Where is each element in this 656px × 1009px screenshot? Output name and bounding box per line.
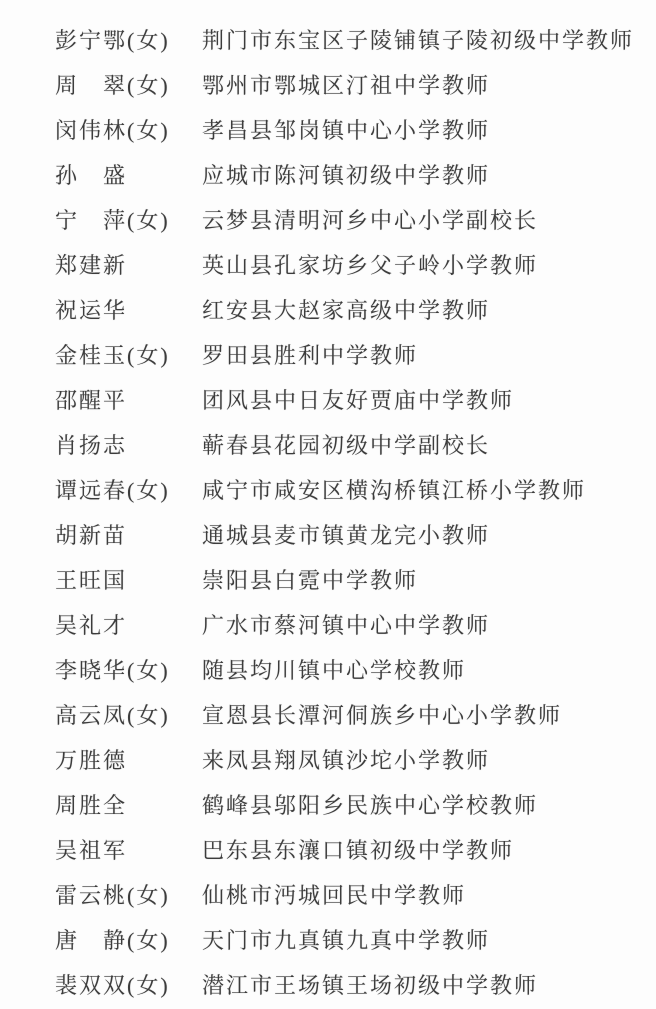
- teacher-row: 肖扬志 蕲春县花园初级中学副校长: [55, 422, 656, 467]
- teacher-position: 崇阳县白霓中学教师: [202, 564, 656, 595]
- teacher-name: 宁 萍(女): [55, 204, 202, 235]
- teacher-position: 蕲春县花园初级中学副校长: [202, 429, 656, 460]
- teacher-row: 祝运华 红安县大赵家高级中学教师: [55, 287, 656, 332]
- teacher-name: 谭远春(女): [55, 474, 202, 505]
- teacher-position: 广水市蔡河镇中心中学教师: [202, 609, 656, 640]
- teacher-row: 李晓华(女) 随县均川镇中心学校教师: [55, 647, 656, 692]
- teacher-position: 云梦县清明河乡中心小学副校长: [202, 204, 656, 235]
- teacher-position: 罗田县胜利中学教师: [202, 339, 656, 370]
- teacher-name: 祝运华: [55, 294, 202, 325]
- teacher-row: 万胜德 来凤县翔凤镇沙坨小学教师: [55, 737, 656, 782]
- teacher-row: 闵伟林(女) 孝昌县邹岗镇中心小学教师: [55, 107, 656, 152]
- teacher-name: 肖扬志: [55, 429, 202, 460]
- teacher-position: 来凤县翔凤镇沙坨小学教师: [202, 744, 656, 775]
- teacher-row: 彭宁鄂(女) 荆门市东宝区子陵铺镇子陵初级中学教师: [55, 17, 656, 62]
- teacher-row: 吴祖军 巴东县东瀼口镇初级中学教师: [55, 827, 656, 872]
- teacher-row: 唐 静(女) 天门市九真镇九真中学教师: [55, 917, 656, 962]
- teacher-position: 随县均川镇中心学校教师: [202, 654, 656, 685]
- teacher-position: 通城县麦市镇黄龙完小教师: [202, 519, 656, 550]
- teacher-name: 雷云桃(女): [55, 879, 202, 910]
- teacher-row: 孙 盛 应城市陈河镇初级中学教师: [55, 152, 656, 197]
- teacher-position: 鹤峰县邬阳乡民族中心学校教师: [202, 789, 656, 820]
- teacher-name: 万胜德: [55, 744, 202, 775]
- teacher-row: 周胜全 鹤峰县邬阳乡民族中心学校教师: [55, 782, 656, 827]
- teacher-position: 仙桃市沔城回民中学教师: [202, 879, 656, 910]
- teacher-name: 邵醒平: [55, 384, 202, 415]
- teacher-row: 高云凤(女) 宣恩县长潭河侗族乡中心小学教师: [55, 692, 656, 737]
- teacher-position: 英山县孔家坊乡父子岭小学教师: [202, 249, 656, 280]
- teacher-name: 裴双双(女): [55, 969, 202, 1000]
- teacher-name: 孙 盛: [55, 159, 202, 190]
- teacher-row: 郑建新 英山县孔家坊乡父子岭小学教师: [55, 242, 656, 287]
- teacher-name: 李晓华(女): [55, 654, 202, 685]
- document-page: 彭宁鄂(女) 荆门市东宝区子陵铺镇子陵初级中学教师 周 翠(女) 鄂州市鄂城区汀…: [0, 0, 656, 1009]
- teacher-name: 郑建新: [55, 249, 202, 280]
- teacher-position: 孝昌县邹岗镇中心小学教师: [202, 114, 656, 145]
- teacher-position: 宣恩县长潭河侗族乡中心小学教师: [202, 699, 656, 730]
- teacher-row: 金桂玉(女) 罗田县胜利中学教师: [55, 332, 656, 377]
- teacher-name: 彭宁鄂(女): [55, 24, 202, 55]
- teacher-position: 红安县大赵家高级中学教师: [202, 294, 656, 325]
- teacher-row: 邵醒平 团风县中日友好贾庙中学教师: [55, 377, 656, 422]
- teacher-name: 胡新苗: [55, 519, 202, 550]
- teacher-position: 鄂州市鄂城区汀祖中学教师: [202, 69, 656, 100]
- teacher-row: 周 翠(女) 鄂州市鄂城区汀祖中学教师: [55, 62, 656, 107]
- teacher-position: 荆门市东宝区子陵铺镇子陵初级中学教师: [202, 24, 656, 55]
- teacher-row: 裴双双(女) 潜江市王场镇王场初级中学教师: [55, 962, 656, 1007]
- teacher-row: 雷云桃(女) 仙桃市沔城回民中学教师: [55, 872, 656, 917]
- teacher-name: 吴礼才: [55, 609, 202, 640]
- teacher-position: 天门市九真镇九真中学教师: [202, 924, 656, 955]
- teacher-position: 咸宁市咸安区横沟桥镇江桥小学教师: [202, 474, 656, 505]
- teacher-position: 潜江市王场镇王场初级中学教师: [202, 969, 656, 1000]
- teacher-row: 吴礼才 广水市蔡河镇中心中学教师: [55, 602, 656, 647]
- teacher-name: 闵伟林(女): [55, 114, 202, 145]
- teacher-row: 宁 萍(女) 云梦县清明河乡中心小学副校长: [55, 197, 656, 242]
- teacher-row: 王旺国 崇阳县白霓中学教师: [55, 557, 656, 602]
- teacher-name: 王旺国: [55, 564, 202, 595]
- teacher-name: 周胜全: [55, 789, 202, 820]
- teacher-position: 团风县中日友好贾庙中学教师: [202, 384, 656, 415]
- teacher-row: 谭远春(女) 咸宁市咸安区横沟桥镇江桥小学教师: [55, 467, 656, 512]
- teacher-name: 金桂玉(女): [55, 339, 202, 370]
- teacher-row: 胡新苗 通城县麦市镇黄龙完小教师: [55, 512, 656, 557]
- teacher-name: 周 翠(女): [55, 69, 202, 100]
- teacher-name: 高云凤(女): [55, 699, 202, 730]
- teacher-position: 巴东县东瀼口镇初级中学教师: [202, 834, 656, 865]
- teacher-name: 吴祖军: [55, 834, 202, 865]
- teacher-position: 应城市陈河镇初级中学教师: [202, 159, 656, 190]
- teacher-name: 唐 静(女): [55, 924, 202, 955]
